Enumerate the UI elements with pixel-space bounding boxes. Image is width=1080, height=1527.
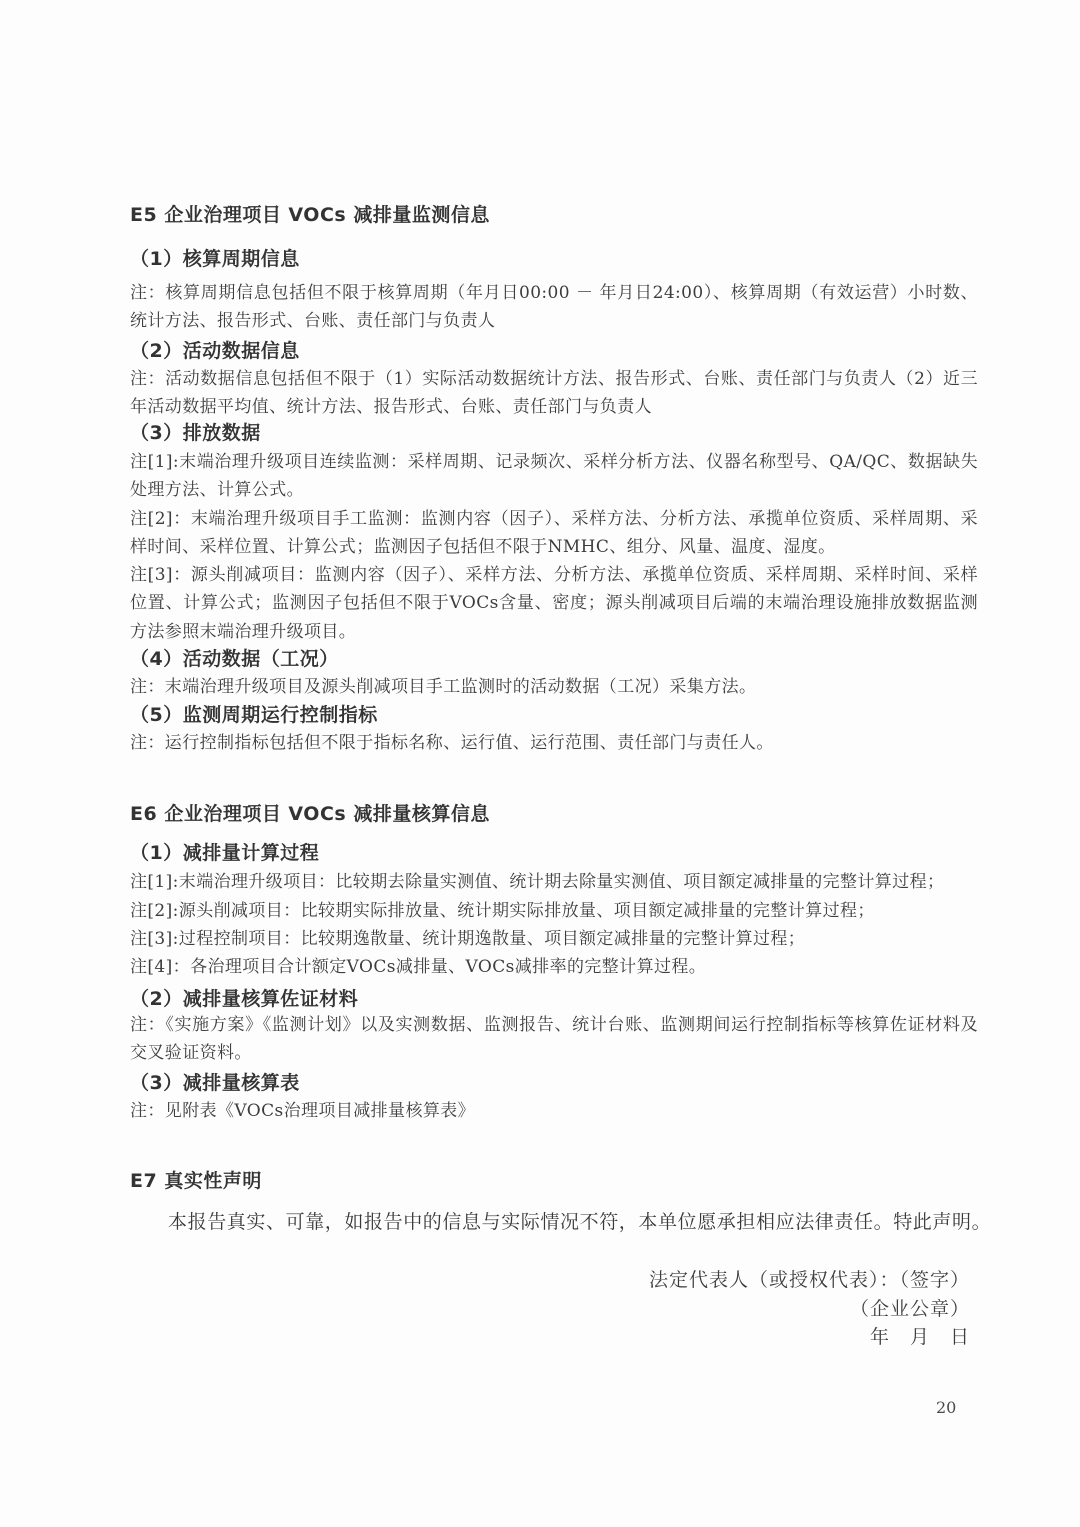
e6-item-1-note-2: 注[2]:源头削减项目：比较期实际排放量、统计期实际排放量、项目额定减排量的完整…	[130, 897, 978, 925]
e5-item-3-note-3: 注[3]：源头削减项目：监测内容（因子）、采样方法、分析方法、承揽单位资质、采样…	[130, 561, 978, 646]
section-e7-title: E7 真实性声明	[130, 1168, 978, 1194]
page-number: 20	[936, 1398, 956, 1417]
section-e6-title: E6 企业治理项目 VOCs 减排量核算信息	[130, 801, 978, 827]
e5-item-3-note-2: 注[2]：末端治理升级项目手工监测：监测内容（因子）、采样方法、分析方法、承揽单…	[130, 505, 978, 562]
e5-item-3-note-1: 注[1]:末端治理升级项目连续监测：采样周期、记录频次、采样分析方法、仪器名称型…	[130, 448, 978, 505]
e6-item-2-note: 注：《实施方案》《监测计划》以及实测数据、监测报告、统计台账、监测期间运行控制指…	[130, 1011, 978, 1068]
e5-item-2-note: 注：活动数据信息包括但不限于（1）实际活动数据统计方法、报告形式、台账、责任部门…	[130, 365, 978, 422]
e6-item-2-heading: （2）减排量核算佐证材料	[130, 986, 978, 1012]
e6-item-1-heading: （1）减排量计算过程	[130, 840, 978, 866]
e5-item-1-heading: （1）核算周期信息	[130, 246, 978, 272]
signature-block: 法定代表人（或授权代表）：（签字） （企业公章） 年 月 日	[649, 1266, 970, 1352]
e5-item-4-heading: （4）活动数据（工况）	[130, 646, 978, 672]
e5-item-2-heading: （2）活动数据信息	[130, 338, 978, 364]
e6-item-1-note-1: 注[1]:末端治理升级项目：比较期去除量实测值、统计期去除量实测值、项目额定减排…	[130, 868, 978, 896]
e6-item-3-heading: （3）减排量核算表	[130, 1070, 978, 1096]
e5-item-5-note: 注：运行控制指标包括但不限于指标名称、运行值、运行范围、责任部门与责任人。	[130, 729, 978, 757]
e5-item-1-note: 注：核算周期信息包括但不限于核算周期（年月日00:00 － 年月日24:00）、…	[130, 279, 978, 336]
e6-item-1-note-3: 注[3]:过程控制项目：比较期逸散量、统计期逸散量、项目额定减排量的完整计算过程…	[130, 925, 978, 953]
e6-item-1-note-4: 注[4]：各治理项目合计额定VOCs减排量、VOCs减排率的完整计算过程。	[130, 953, 978, 981]
e5-item-3-heading: （3）排放数据	[130, 420, 978, 446]
signature-line-company-seal: （企业公章）	[649, 1295, 970, 1324]
e5-item-4-note: 注：末端治理升级项目及源头削减项目手工监测时的活动数据（工况）采集方法。	[130, 673, 978, 701]
section-e5-title: E5 企业治理项目 VOCs 减排量监测信息	[130, 202, 978, 228]
signature-line-representative: 法定代表人（或授权代表）：（签字）	[649, 1266, 970, 1295]
document-page: E5 企业治理项目 VOCs 减排量监测信息 （1）核算周期信息 注：核算周期信…	[0, 0, 1080, 1527]
declaration-body: 本报告真实、可靠，如报告中的信息与实际情况不符，本单位愿承担相应法律责任。特此声…	[130, 1207, 978, 1237]
e6-item-3-note: 注：见附表《VOCs治理项目减排量核算表》	[130, 1097, 978, 1125]
e5-item-5-heading: （5）监测周期运行控制指标	[130, 702, 978, 728]
signature-line-date: 年 月 日	[649, 1323, 970, 1352]
